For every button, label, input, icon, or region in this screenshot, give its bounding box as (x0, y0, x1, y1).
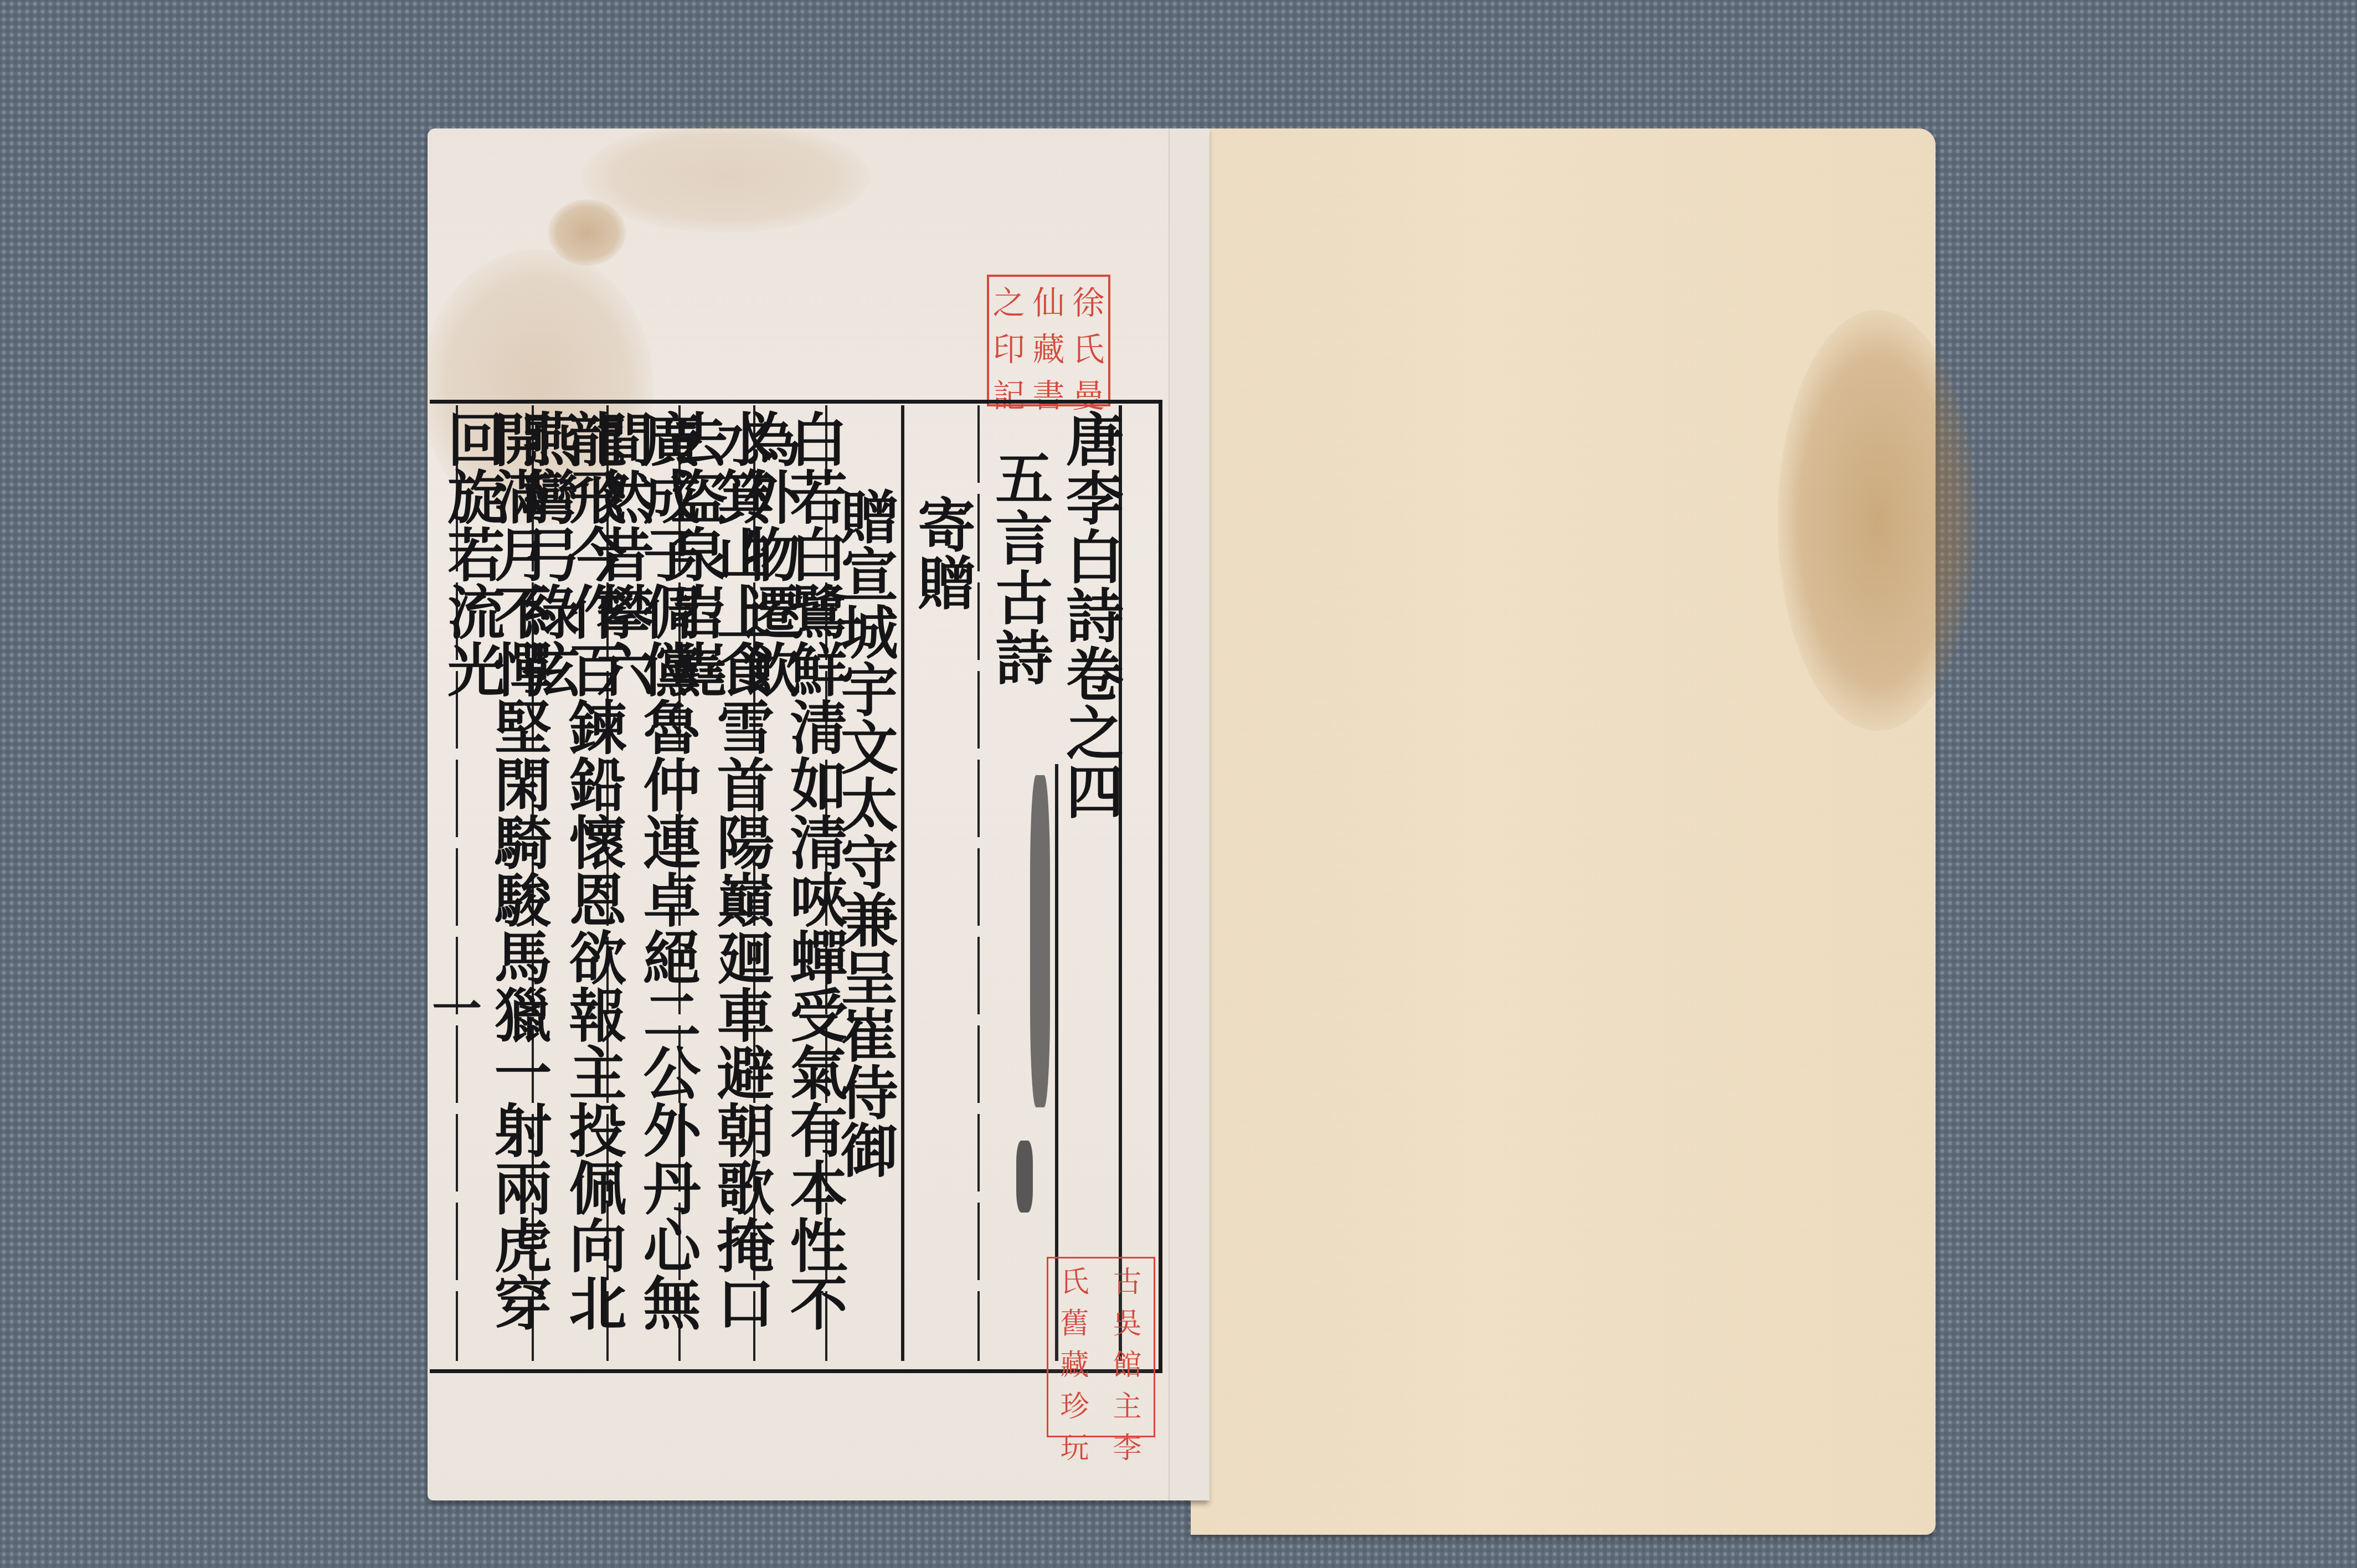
seal-char: 印 (989, 323, 1029, 370)
section-heading-column: 五言古詩 (989, 448, 1049, 1390)
water-stain-right (1778, 310, 1977, 731)
blank-right-page (1191, 128, 1936, 1535)
seal-char: 之 (989, 277, 1029, 323)
seal-char: 徐 (1068, 277, 1108, 323)
folio-mark: 一 (432, 969, 482, 1041)
water-stain-upper-mid (581, 122, 869, 233)
seal-char: 古 (1101, 1258, 1154, 1300)
category-column: 寄贈 (914, 496, 969, 1437)
seal-char: 藏 (1029, 323, 1069, 370)
volume-title-column: 唐李白詩卷之四 (1062, 410, 1118, 1351)
seal-char: 氏 (1048, 1258, 1101, 1300)
text-column-5: 開滿月不憚堅閑騎駿馬獵一射兩虎穿回旋若流光 (464, 410, 525, 1351)
seal-char: 主 (1101, 1383, 1154, 1425)
column-rule (977, 405, 980, 1361)
collector-seal-bottom: 古 吳 館 主 李 氏 舊 藏 珍 玩 (1047, 1257, 1155, 1437)
seal-char: 仙 (1029, 277, 1069, 323)
column-rule (901, 405, 904, 1361)
seal-char: 館 (1101, 1342, 1154, 1383)
seal-char: 氏 (1068, 323, 1108, 370)
section-heading: 五言古詩 (996, 448, 1043, 688)
collector-seal-top: 徐 氏 曼 仙 藏 書 之 印 記 (987, 275, 1110, 406)
seal-char: 舊 (1048, 1300, 1101, 1342)
seal-char: 吳 (1101, 1300, 1154, 1342)
seal-char: 藏 (1048, 1342, 1101, 1383)
category-heading: 寄贈 (918, 496, 965, 611)
page-fold-strip (1169, 128, 1210, 1500)
seal-char: 珍 (1048, 1383, 1101, 1425)
seal-char: 李 (1101, 1425, 1154, 1466)
volume-title: 唐李白詩卷之四 (1062, 410, 1118, 821)
poem-line: 開滿月不憚堅閑騎駿馬獵一射兩虎穿回旋若流光 (448, 410, 542, 1351)
seal-char: 玩 (1048, 1425, 1101, 1466)
